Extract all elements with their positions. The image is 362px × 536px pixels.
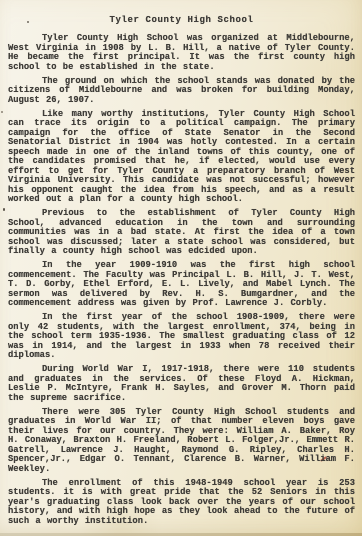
paragraph: In the first year of the school 1908-190…: [8, 313, 355, 361]
paragraph: In the year 1909-1910 was the first high…: [8, 261, 355, 309]
document-page: Tyler County High School Tyler County Hi…: [0, 0, 362, 536]
paper-speck: [3, 208, 5, 211]
paragraph: Previous to the establishment of Tyler C…: [8, 209, 355, 257]
paragraph: There were 305 Tyler County High School …: [8, 408, 355, 475]
paragraph: Tyler County High School was organized a…: [8, 34, 355, 72]
paragraph: During World War I, 1917-1918, there wer…: [8, 365, 355, 403]
paragraph: The ground on which the school stands wa…: [8, 77, 355, 106]
paper-speck: [1, 111, 3, 113]
document-body: Tyler County High School was organized a…: [8, 34, 355, 526]
paragraph: The enrollment of this 1948-1949 school …: [8, 479, 355, 527]
page-title: Tyler County High School: [8, 15, 355, 25]
document-content: Tyler County High School Tyler County Hi…: [8, 15, 355, 531]
paragraph: Like many worthy institutions, Tyler Cou…: [8, 110, 355, 205]
